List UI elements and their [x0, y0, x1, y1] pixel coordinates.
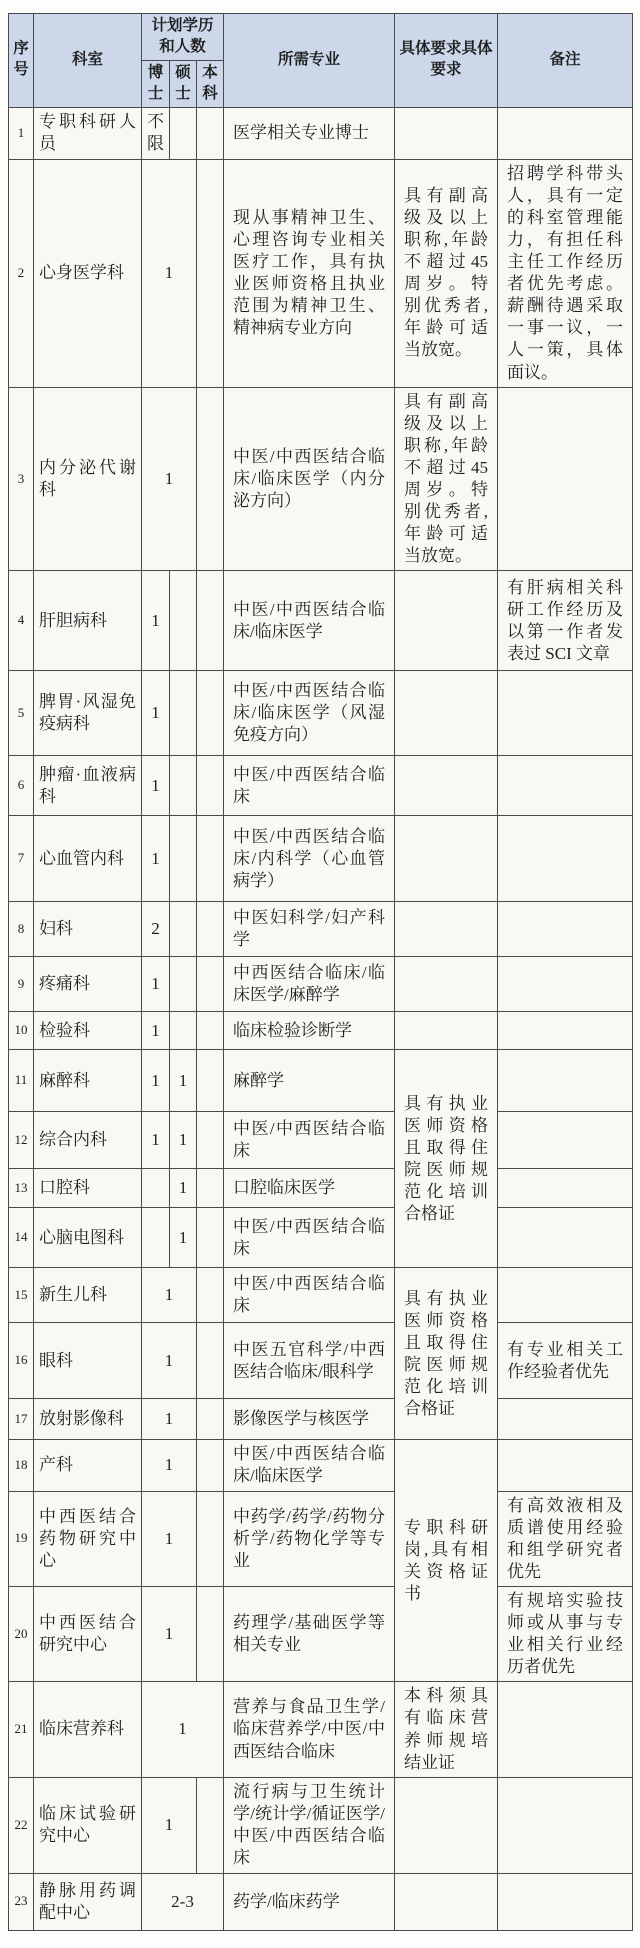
cell-seq: 9: [9, 957, 34, 1012]
cell-note: [498, 1050, 633, 1112]
cell-note: 招聘学科带头人，具有一定的科室管理能力，有担任科主任工作经历者优先考虑。薪酬待遇…: [498, 159, 633, 387]
cell-major: 中西医结合临床/临床医学/麻醉学: [224, 957, 395, 1012]
cell-dept: 疼痛科: [34, 957, 142, 1012]
cell-seq: 1: [9, 107, 34, 159]
cell-dept: 脾胃·风湿免疫病科: [34, 671, 142, 756]
cell-dept: 综合内科: [34, 1112, 142, 1169]
cell-note: [498, 1169, 633, 1208]
header-phd: 博士: [142, 60, 170, 107]
cell-count: [197, 1440, 224, 1491]
cell-major: 流行病与卫生统计学/统计学/循证医学/中医/中西医结合临床: [224, 1777, 395, 1873]
cell-seq: 13: [9, 1169, 34, 1208]
cell-dept: 静脉用药调配中心: [34, 1873, 142, 1930]
cell-count: [197, 957, 224, 1012]
cell-requirement: [395, 902, 498, 957]
cell-count: [197, 1208, 224, 1268]
cell-count: 1: [170, 1050, 197, 1112]
table-row: 7心血管内科1中医/中西医结合临床/内科学（心血管病学）: [9, 816, 633, 902]
cell-requirement: [395, 1012, 498, 1050]
cell-count: [170, 1012, 197, 1050]
header-note: 备注: [498, 14, 633, 108]
cell-count: 1: [142, 387, 197, 571]
cell-note: [498, 756, 633, 816]
cell-count: [197, 816, 224, 902]
cell-requirement: 具有副高级及以上职称,年龄不超过45周岁。特别优秀者,年龄可适当放宽。: [395, 159, 498, 387]
table-row: 8妇科2中医妇科学/妇产科学: [9, 902, 633, 957]
cell-count: [197, 107, 224, 159]
cell-dept: 肝胆病科: [34, 571, 142, 671]
cell-count: [197, 1169, 224, 1208]
cell-count: [197, 571, 224, 671]
header-dept: 科室: [34, 14, 142, 108]
cell-count: [197, 756, 224, 816]
cell-count: 1: [142, 1050, 170, 1112]
cell-major: 中医/中西医结合临床: [224, 1112, 395, 1169]
cell-dept: 眼科: [34, 1323, 142, 1399]
cell-dept: 中西医结合研究中心: [34, 1586, 142, 1681]
page: 序号 科室 计划学历和人数 所需专业 具体要求具体要求 备注 博士 硕士 本科 …: [0, 0, 640, 1948]
cell-seq: 22: [9, 1777, 34, 1873]
cell-count: 1: [142, 816, 170, 902]
cell-note: [498, 1682, 633, 1777]
cell-dept: 产科: [34, 1440, 142, 1491]
cell-major: 中医妇科学/妇产科学: [224, 902, 395, 957]
cell-requirement: 专职科研岗,具有相关资格证书: [395, 1440, 498, 1682]
cell-count: [170, 571, 197, 671]
table-row: 3内分泌代谢科1中医/中西医结合临床/临床医学（内分泌方向）具有副高级及以上职称…: [9, 387, 633, 571]
table-row: 23静脉用药调配中心2-3药学/临床药学: [9, 1873, 633, 1930]
cell-count: 1: [142, 571, 170, 671]
cell-count: [197, 1012, 224, 1050]
table-row: 4肝胆病科1中医/中西医结合临床/临床医学有肝病相关科研工作经历及以第一作者发表…: [9, 571, 633, 671]
cell-requirement: [395, 1777, 498, 1873]
cell-major: 中医/中西医结合临床/内科学（心血管病学）: [224, 816, 395, 902]
table-row: 9疼痛科1中西医结合临床/临床医学/麻醉学: [9, 957, 633, 1012]
table-row: 20中西医结合研究中心1药理学/基础医学等相关专业有规培实验技师或从事与专业相关…: [9, 1586, 633, 1681]
cell-requirement: [395, 756, 498, 816]
cell-count: [170, 756, 197, 816]
cell-note: [498, 1208, 633, 1268]
table-row: 11麻醉科11麻醉学具有执业医师资格且取得住院医师规范化培训合格证: [9, 1050, 633, 1112]
table-row: 15新生儿科1中医/中西医结合临床具有执业医师资格且取得住院医师规范化培训合格证: [9, 1268, 633, 1323]
cell-dept: 专职科研人员: [34, 107, 142, 159]
cell-major: 中医/中西医结合临床/临床医学（内分泌方向）: [224, 387, 395, 571]
cell-seq: 19: [9, 1491, 34, 1586]
cell-major: 药学/临床药学: [224, 1873, 395, 1930]
header-master: 硕士: [170, 60, 197, 107]
table-row: 17放射影像科1影像医学与核医学: [9, 1399, 633, 1440]
cell-note: [498, 902, 633, 957]
cell-requirement: [395, 957, 498, 1012]
cell-dept: 妇科: [34, 902, 142, 957]
cell-count: [170, 957, 197, 1012]
cell-count: 1: [142, 1682, 224, 1777]
cell-requirement: [395, 671, 498, 756]
cell-count: 1: [142, 1586, 197, 1681]
cell-count: [170, 107, 197, 159]
cell-count: 1: [142, 1399, 197, 1440]
cell-major: 中医/中西医结合临床/临床医学（风湿免疫方向）: [224, 671, 395, 756]
cell-count: 1: [170, 1112, 197, 1169]
table-row: 22临床试验研究中心1流行病与卫生统计学/统计学/循证医学/中医/中西医结合临床: [9, 1777, 633, 1873]
cell-count: [197, 1050, 224, 1112]
table-row: 6肿瘤·血液病科1中医/中西医结合临床: [9, 756, 633, 816]
recruitment-table: 序号 科室 计划学历和人数 所需专业 具体要求具体要求 备注 博士 硕士 本科 …: [8, 13, 633, 1931]
cell-count: 不限: [142, 107, 170, 159]
cell-note: [498, 671, 633, 756]
cell-count: 1: [142, 1777, 197, 1873]
cell-seq: 20: [9, 1586, 34, 1681]
cell-count: 1: [142, 159, 197, 387]
cell-requirement: 具有执业医师资格且取得住院医师规范化培训合格证: [395, 1050, 498, 1268]
cell-count: [142, 1169, 170, 1208]
cell-seq: 12: [9, 1112, 34, 1169]
cell-dept: 临床试验研究中心: [34, 1777, 142, 1873]
header-major: 所需专业: [224, 14, 395, 108]
cell-major: 临床检验诊断学: [224, 1012, 395, 1050]
cell-count: [197, 1491, 224, 1586]
table-row: 10检验科1临床检验诊断学: [9, 1012, 633, 1050]
cell-seq: 18: [9, 1440, 34, 1491]
cell-note: [498, 816, 633, 902]
cell-major: 口腔临床医学: [224, 1169, 395, 1208]
table-row: 21临床营养科1营养与食品卫生学/临床营养学/中医/中西医结合临床本科须具有临床…: [9, 1682, 633, 1777]
cell-major: 现从事精神卫生、心理咨询专业相关医疗工作，具有执业医师资格且执业范围为精神卫生、…: [224, 159, 395, 387]
cell-count: 1: [142, 756, 170, 816]
table-row: 12综合内科11中医/中西医结合临床: [9, 1112, 633, 1169]
cell-note: [498, 1268, 633, 1323]
table-row: 2心身医学科1现从事精神卫生、心理咨询专业相关医疗工作，具有执业医师资格且执业范…: [9, 159, 633, 387]
cell-requirement: [395, 1873, 498, 1930]
cell-seq: 11: [9, 1050, 34, 1112]
table-row: 18产科1中医/中西医结合临床/临床医学专职科研岗,具有相关资格证书: [9, 1440, 633, 1491]
cell-requirement: [395, 571, 498, 671]
cell-note: [498, 387, 633, 571]
cell-note: 有专业相关工作经验者优先: [498, 1323, 633, 1399]
cell-note: 有高效液相及质谱使用经验和组学研究者优先: [498, 1491, 633, 1586]
cell-dept: 新生儿科: [34, 1268, 142, 1323]
cell-count: 2-3: [142, 1873, 224, 1930]
cell-note: [498, 107, 633, 159]
cell-count: 1: [142, 1491, 197, 1586]
cell-seq: 15: [9, 1268, 34, 1323]
cell-major: 中医/中西医结合临床: [224, 1268, 395, 1323]
cell-requirement: 具有执业医师资格且取得住院医师规范化培训合格证: [395, 1268, 498, 1440]
cell-dept: 心血管内科: [34, 816, 142, 902]
cell-count: [197, 159, 224, 387]
cell-requirement: [395, 816, 498, 902]
cell-requirement: [395, 107, 498, 159]
cell-seq: 8: [9, 902, 34, 957]
cell-major: 影像医学与核医学: [224, 1399, 395, 1440]
cell-major: 营养与食品卫生学/临床营养学/中医/中西医结合临床: [224, 1682, 395, 1777]
cell-note: [498, 1399, 633, 1440]
table-header: 序号 科室 计划学历和人数 所需专业 具体要求具体要求 备注 博士 硕士 本科: [9, 14, 633, 108]
cell-seq: 4: [9, 571, 34, 671]
cell-seq: 14: [9, 1208, 34, 1268]
cell-count: [197, 1112, 224, 1169]
cell-seq: 21: [9, 1682, 34, 1777]
cell-seq: 5: [9, 671, 34, 756]
table-row: 13口腔科1口腔临床医学: [9, 1169, 633, 1208]
cell-count: [197, 1399, 224, 1440]
cell-dept: 麻醉科: [34, 1050, 142, 1112]
cell-count: [142, 1208, 170, 1268]
cell-dept: 检验科: [34, 1012, 142, 1050]
cell-count: 1: [170, 1169, 197, 1208]
cell-note: 有规培实验技师或从事与专业相关行业经历者优先: [498, 1586, 633, 1681]
cell-major: 中药学/药学/药物分析学/药物化学等专业: [224, 1491, 395, 1586]
table-row: 5脾胃·风湿免疫病科1中医/中西医结合临床/临床医学（风湿免疫方向）: [9, 671, 633, 756]
cell-note: [498, 1873, 633, 1930]
cell-major: 中医/中西医结合临床: [224, 1208, 395, 1268]
cell-count: [197, 671, 224, 756]
header-plan: 计划学历和人数: [142, 14, 224, 61]
cell-count: 1: [142, 1440, 197, 1491]
table-row: 19中西医结合药物研究中心1中药学/药学/药物分析学/药物化学等专业有高效液相及…: [9, 1491, 633, 1586]
cell-dept: 心脑电图科: [34, 1208, 142, 1268]
cell-seq: 2: [9, 159, 34, 387]
cell-seq: 7: [9, 816, 34, 902]
cell-count: [197, 387, 224, 571]
table-row: 14心脑电图科1中医/中西医结合临床: [9, 1208, 633, 1268]
cell-count: 1: [142, 957, 170, 1012]
cell-dept: 肿瘤·血液病科: [34, 756, 142, 816]
cell-note: [498, 1112, 633, 1169]
header-no: 序号: [9, 14, 34, 108]
cell-count: 2: [142, 902, 170, 957]
header-bachelor: 本科: [197, 60, 224, 107]
cell-major: 药理学/基础医学等相关专业: [224, 1586, 395, 1681]
cell-count: [197, 1268, 224, 1323]
header-req: 具体要求具体要求: [395, 14, 498, 108]
cell-count: [197, 1323, 224, 1399]
cell-count: [170, 902, 197, 957]
cell-requirement: 具有副高级及以上职称,年龄不超过45周岁。特别优秀者,年龄可适当放宽。: [395, 387, 498, 571]
cell-major: 中医/中西医结合临床: [224, 756, 395, 816]
cell-seq: 16: [9, 1323, 34, 1399]
cell-count: [170, 816, 197, 902]
cell-dept: 口腔科: [34, 1169, 142, 1208]
cell-major: 中医/中西医结合临床/临床医学: [224, 571, 395, 671]
cell-dept: 放射影像科: [34, 1399, 142, 1440]
table-row: 16眼科1中医五官科学/中西医结合临床/眼科学有专业相关工作经验者优先: [9, 1323, 633, 1399]
header-row-top: 序号 科室 计划学历和人数 所需专业 具体要求具体要求 备注: [9, 14, 633, 61]
cell-count: 1: [170, 1208, 197, 1268]
cell-count: 1: [142, 1323, 197, 1399]
cell-count: [197, 902, 224, 957]
cell-count: [170, 671, 197, 756]
cell-note: [498, 1777, 633, 1873]
cell-count: 1: [142, 1268, 197, 1323]
cell-major: 麻醉学: [224, 1050, 395, 1112]
cell-seq: 6: [9, 756, 34, 816]
cell-count: [197, 1777, 224, 1873]
cell-seq: 10: [9, 1012, 34, 1050]
cell-count: 1: [142, 671, 170, 756]
cell-count: 1: [142, 1112, 170, 1169]
cell-dept: 临床营养科: [34, 1682, 142, 1777]
cell-note: 有肝病相关科研工作经历及以第一作者发表过 SCI 文章: [498, 571, 633, 671]
cell-count: [197, 1586, 224, 1681]
cell-seq: 17: [9, 1399, 34, 1440]
cell-major: 中医五官科学/中西医结合临床/眼科学: [224, 1323, 395, 1399]
cell-dept: 中西医结合药物研究中心: [34, 1491, 142, 1586]
cell-seq: 3: [9, 387, 34, 571]
table-body: 1专职科研人员不限医学相关专业博士2心身医学科1现从事精神卫生、心理咨询专业相关…: [9, 107, 633, 1930]
cell-seq: 23: [9, 1873, 34, 1930]
cell-dept: 内分泌代谢科: [34, 387, 142, 571]
cell-count: 1: [142, 1012, 170, 1050]
cell-note: [498, 1440, 633, 1491]
cell-dept: 心身医学科: [34, 159, 142, 387]
cell-note: [498, 1012, 633, 1050]
cell-major: 医学相关专业博士: [224, 107, 395, 159]
table-row: 1专职科研人员不限医学相关专业博士: [9, 107, 633, 159]
cell-requirement: 本科须具有临床营养师规培结业证: [395, 1682, 498, 1777]
cell-note: [498, 957, 633, 1012]
cell-major: 中医/中西医结合临床/临床医学: [224, 1440, 395, 1491]
